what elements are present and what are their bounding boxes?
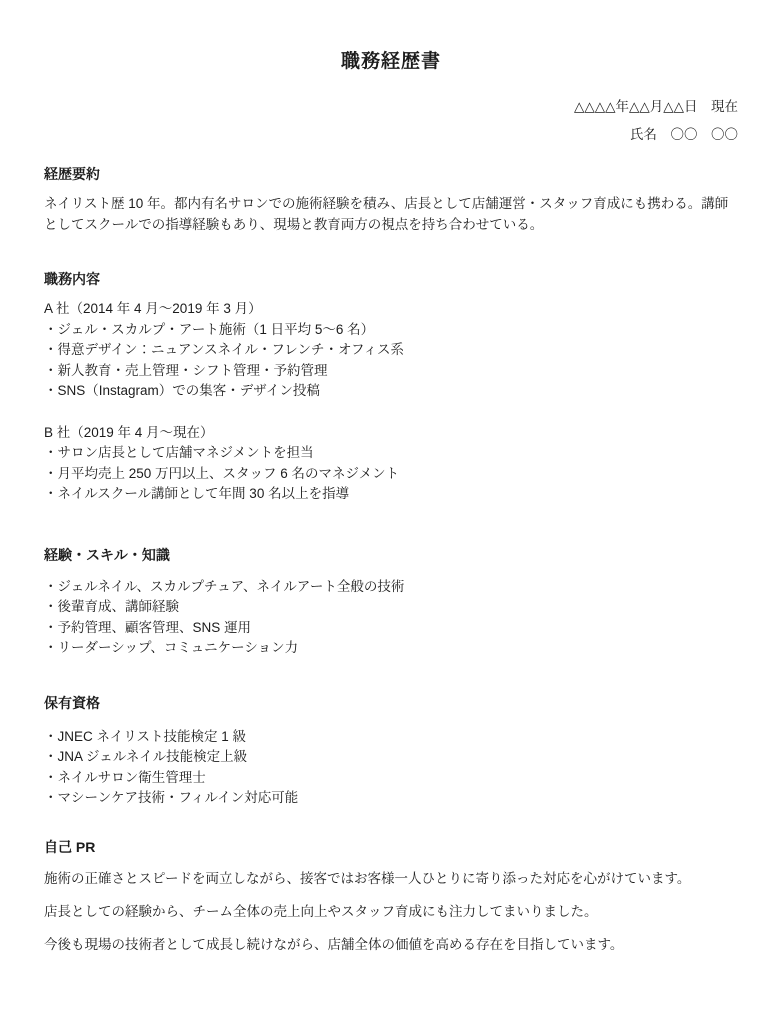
skill-item: ・後輩育成、講師経験	[44, 597, 738, 618]
summary-text: ネイリスト歴 10 年。都内有名サロンでの施術経験を積み、店長として店舗運営・ス…	[44, 194, 738, 235]
duty-item: ・新人教育・売上管理・シフト管理・予約管理	[44, 361, 738, 382]
skill-item: ・予約管理、顧客管理、SNS 運用	[44, 618, 738, 639]
date-line: △△△△年△△月△△日 現在	[44, 99, 738, 114]
cert-item: ・ネイルサロン衛生管理士	[44, 768, 738, 789]
page-title: 職務経歴書	[44, 46, 738, 73]
duty-item: ・ジェル・スカルプ・アート施術（1 日平均 5～6 名）	[44, 320, 738, 341]
company-a-line: A 社（2014 年 4 月～2019 年 3 月）	[44, 299, 738, 320]
job-block-a: A 社（2014 年 4 月～2019 年 3 月） ・ジェル・スカルプ・アート…	[44, 299, 738, 402]
skill-item: ・ジェルネイル、スカルプチュア、ネイルアート全般の技術	[44, 577, 738, 598]
resume-page: 職務経歴書 △△△△年△△月△△日 現在 氏名 〇〇 〇〇 経歴要約 ネイリスト…	[0, 0, 780, 1009]
name-line: 氏名 〇〇 〇〇	[44, 127, 738, 142]
section-heading-summary: 経歴要約	[44, 166, 738, 182]
duty-item: ・月平均売上 250 万円以上、スタッフ 6 名のマネジメント	[44, 464, 738, 485]
certs-list: ・JNEC ネイリスト技能検定 1 級 ・JNA ジェルネイル技能検定上級 ・ネ…	[44, 727, 738, 809]
pr-paragraph: 今後も現場の技術者として成長し続けながら、店舗全体の価値を高める存在を目指してい…	[44, 935, 738, 956]
duty-item: ・サロン店長として店舗マネジメントを担当	[44, 443, 738, 464]
section-heading-skills: 経験・スキル・知識	[44, 547, 738, 563]
pr-paragraph: 店長としての経験から、チーム全体の売上向上やスタッフ育成にも注力してまいりました…	[44, 902, 738, 923]
cert-item: ・JNEC ネイリスト技能検定 1 級	[44, 727, 738, 748]
job-block-b: B 社（2019 年 4 月～現在） ・サロン店長として店舗マネジメントを担当 …	[44, 423, 738, 505]
cert-item: ・マシーンケア技術・フィルイン対応可能	[44, 788, 738, 809]
skills-list: ・ジェルネイル、スカルプチュア、ネイルアート全般の技術 ・後輩育成、講師経験 ・…	[44, 577, 738, 659]
section-heading-duties: 職務内容	[44, 271, 738, 287]
cert-item: ・JNA ジェルネイル技能検定上級	[44, 747, 738, 768]
duty-item: ・SNS（Instagram）での集客・デザイン投稿	[44, 381, 738, 402]
pr-paragraph: 施術の正確さとスピードを両立しながら、接客ではお客様一人ひとりに寄り添った対応を…	[44, 869, 738, 890]
company-b-line: B 社（2019 年 4 月～現在）	[44, 423, 738, 444]
section-heading-certs: 保有資格	[44, 695, 738, 711]
skill-item: ・リーダーシップ、コミュニケーション力	[44, 638, 738, 659]
duty-item: ・ネイルスクール講師として年間 30 名以上を指導	[44, 484, 738, 505]
pr-paragraphs: 施術の正確さとスピードを両立しながら、接客ではお客様一人ひとりに寄り添った対応を…	[44, 869, 738, 956]
section-heading-pr: 自己 PR	[44, 839, 738, 855]
duty-item: ・得意デザイン：ニュアンスネイル・フレンチ・オフィス系	[44, 340, 738, 361]
